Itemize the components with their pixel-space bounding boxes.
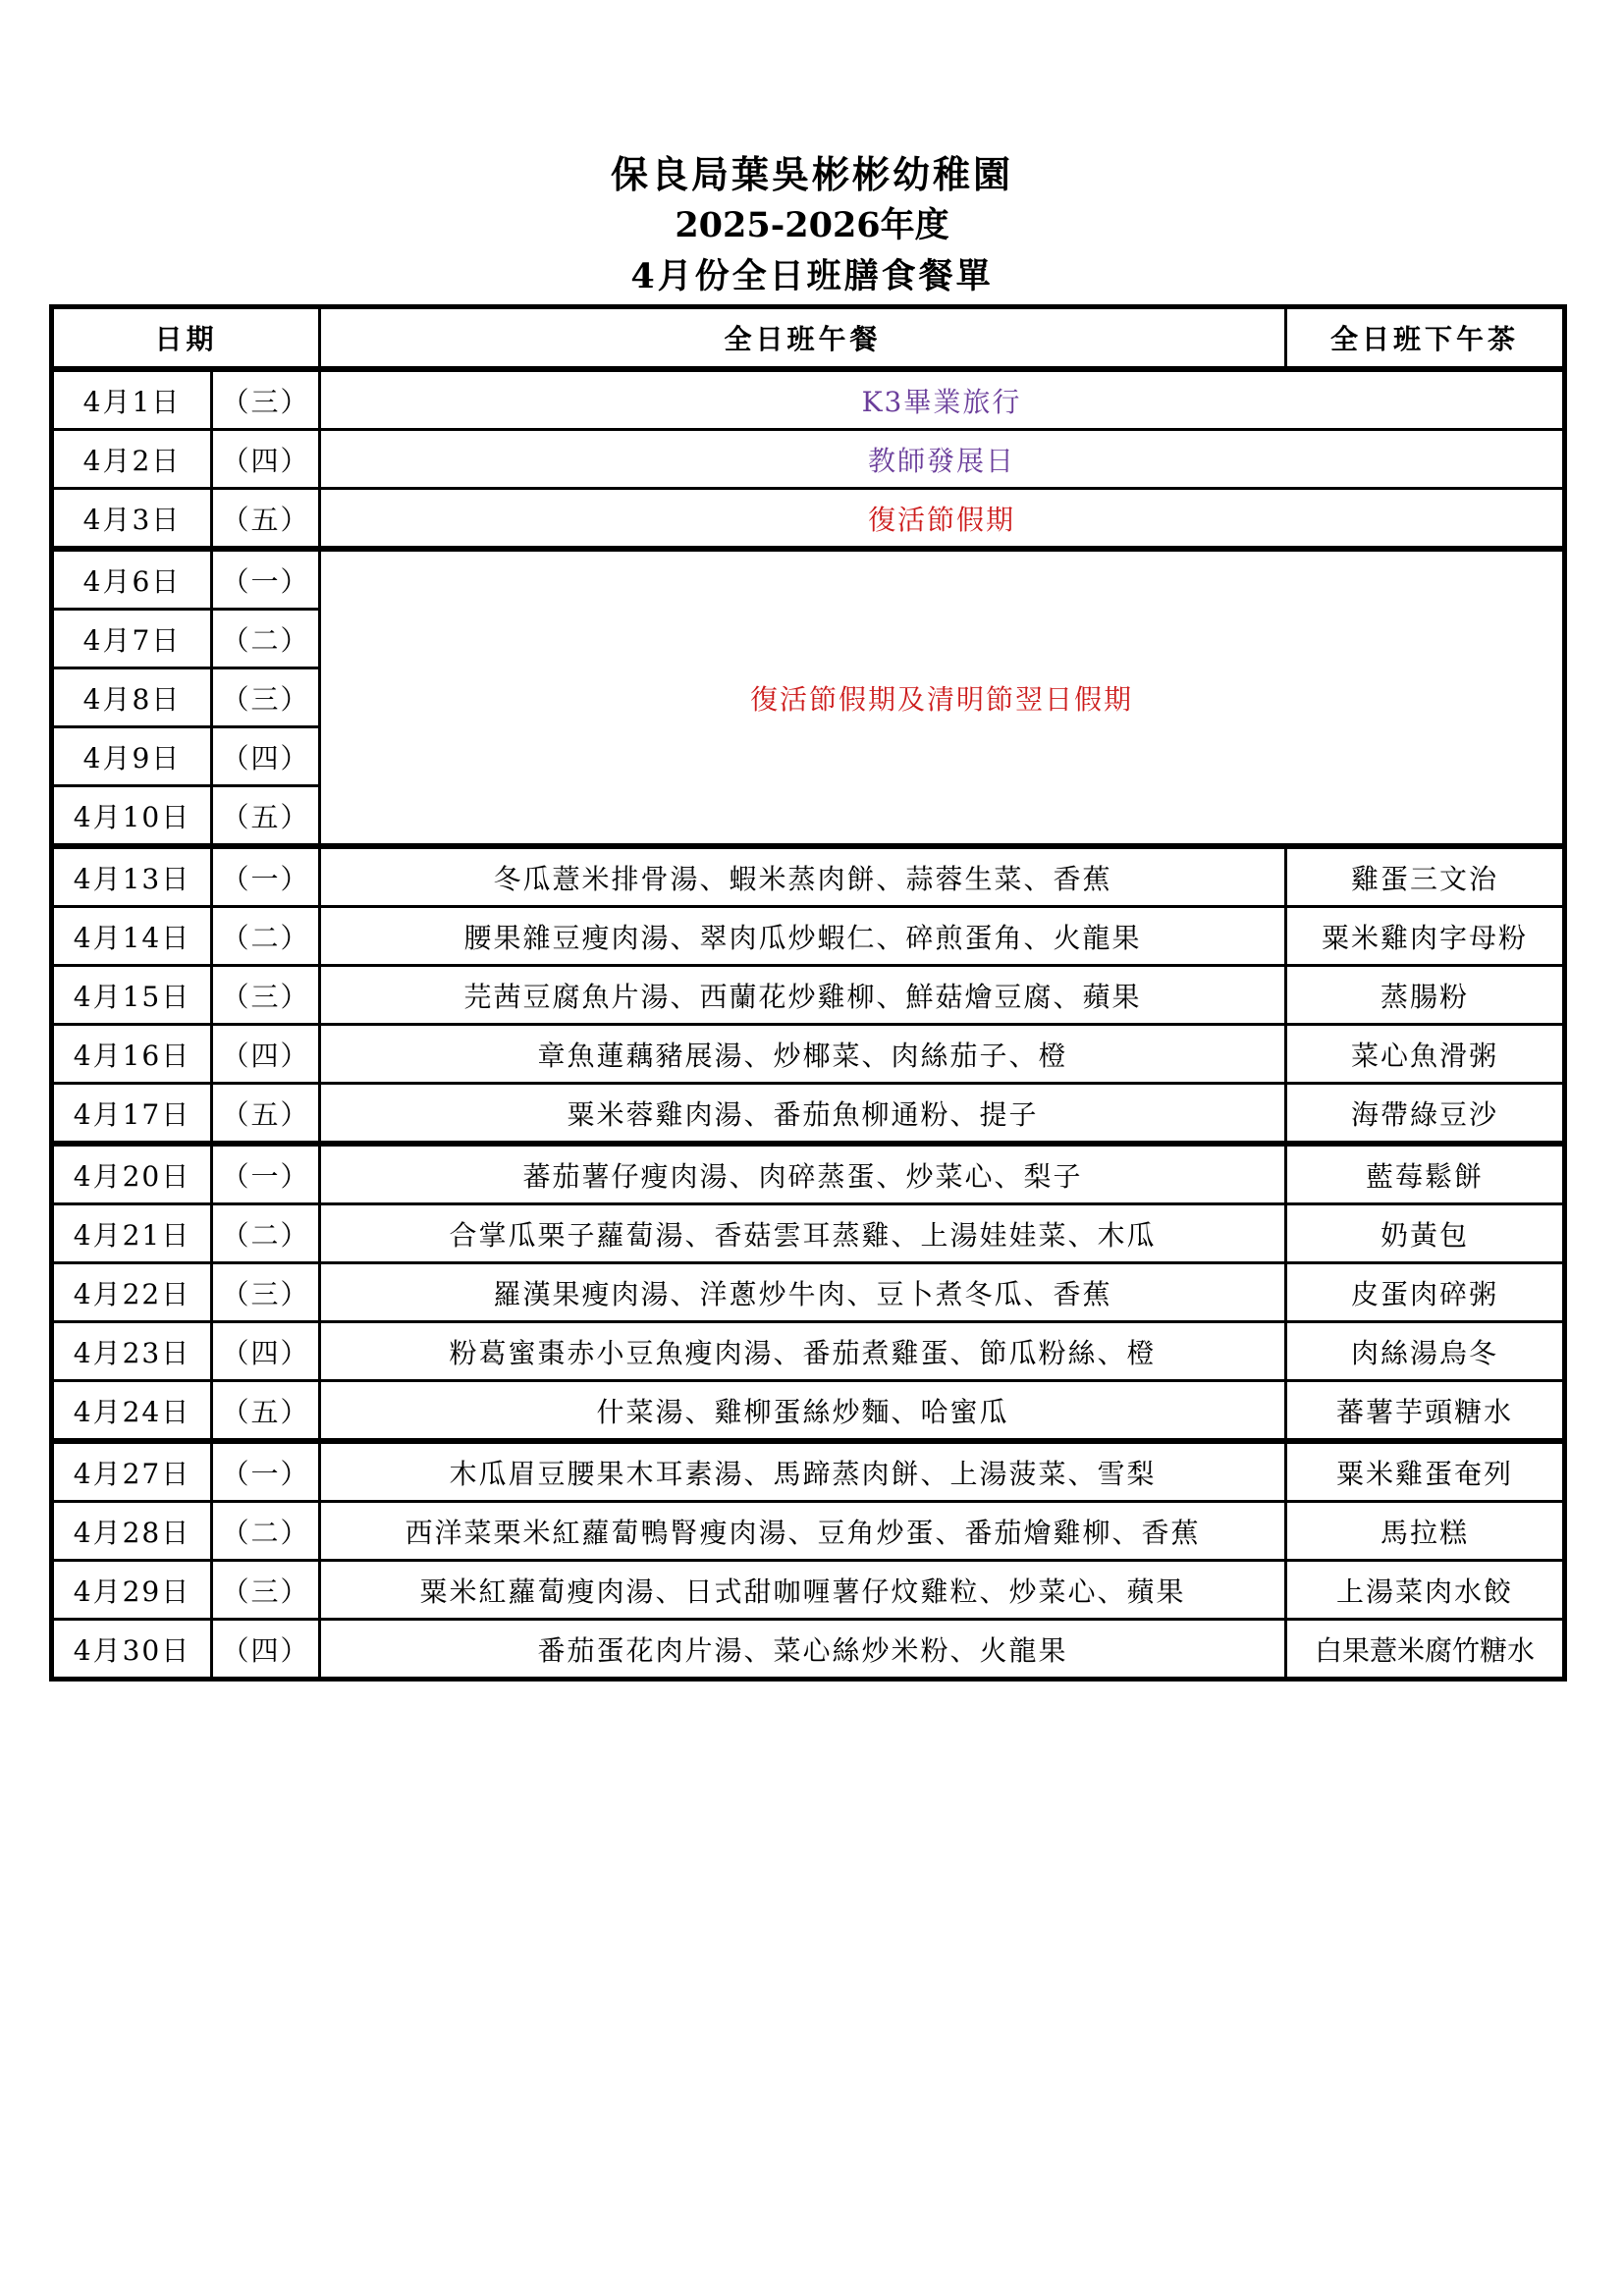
date-cell: 4月30日 [52, 1620, 212, 1680]
date-cell: 4月17日 [52, 1084, 212, 1145]
weekday-cell: （五） [212, 1084, 320, 1145]
event-cell: 教師發展日 [320, 430, 1565, 489]
lunch-cell: 芫茜豆腐魚片湯、西蘭花炒雞柳、鮮菇燴豆腐、蘋果 [320, 966, 1286, 1025]
date-cell: 4月14日 [52, 907, 212, 966]
weekday-cell: （二） [212, 907, 320, 966]
table-row: 4月3日 （五） 復活節假期 [52, 489, 1565, 550]
tea-cell: 蕃薯芋頭糖水 [1286, 1381, 1565, 1442]
lunch-cell: 番茄蛋花肉片湯、菜心絲炒米粉、火龍果 [320, 1620, 1286, 1680]
date-cell: 4月22日 [52, 1263, 212, 1322]
school-name: 保良局葉吳彬彬幼稚園 [0, 149, 1624, 200]
table-row: 4月30日 （四） 番茄蛋花肉片湯、菜心絲炒米粉、火龍果 白果薏米腐竹糖水 [52, 1620, 1565, 1680]
tea-cell: 皮蛋肉碎粥 [1286, 1263, 1565, 1322]
menu-title: 4月份全日班膳食餐單 [0, 251, 1624, 302]
column-header-date: 日期 [52, 307, 320, 370]
weekday-cell: （四） [212, 727, 320, 786]
table-row: 4月16日 （四） 章魚蓮藕豬展湯、炒椰菜、肉絲茄子、橙 菜心魚滑粥 [52, 1025, 1565, 1084]
date-cell: 4月27日 [52, 1441, 212, 1502]
holiday-block-cell: 復活節假期及清明節翌日假期 [320, 549, 1565, 846]
table-row: 4月29日 （三） 粟米紅蘿蔔瘦肉湯、日式甜咖喱薯仔炆雞粒、炒菜心、蘋果 上湯菜… [52, 1561, 1565, 1620]
date-cell: 4月16日 [52, 1025, 212, 1084]
table-row: 4月1日 （三） K3畢業旅行 [52, 369, 1565, 430]
weekday-cell: （一） [212, 549, 320, 610]
meal-menu-table: 日期 全日班午餐 全日班下午茶 4月1日 （三） K3畢業旅行 4月2日 （四）… [49, 304, 1567, 1682]
table-row: 4月21日 （二） 合掌瓜栗子蘿蔔湯、香菇雲耳蒸雞、上湯娃娃菜、木瓜 奶黃包 [52, 1204, 1565, 1263]
weekday-cell: （一） [212, 1144, 320, 1204]
date-cell: 4月1日 [52, 369, 212, 430]
holiday-cell: 復活節假期 [320, 489, 1565, 550]
tea-cell: 蒸腸粉 [1286, 966, 1565, 1025]
lunch-cell: 腰果雜豆瘦肉湯、翠肉瓜炒蝦仁、碎煎蛋角、火龍果 [320, 907, 1286, 966]
table-row: 4月15日 （三） 芫茜豆腐魚片湯、西蘭花炒雞柳、鮮菇燴豆腐、蘋果 蒸腸粉 [52, 966, 1565, 1025]
tea-cell: 白果薏米腐竹糖水 [1286, 1620, 1565, 1680]
table-row: 4月17日 （五） 粟米蓉雞肉湯、番茄魚柳通粉、提子 海帶綠豆沙 [52, 1084, 1565, 1145]
tea-cell: 海帶綠豆沙 [1286, 1084, 1565, 1145]
tea-cell: 奶黃包 [1286, 1204, 1565, 1263]
tea-cell: 粟米雞蛋奄列 [1286, 1441, 1565, 1502]
table-header-row: 日期 全日班午餐 全日班下午茶 [52, 307, 1565, 370]
lunch-cell: 西洋菜栗米紅蘿蔔鴨腎瘦肉湯、豆角炒蛋、番茄燴雞柳、香蕉 [320, 1502, 1286, 1561]
date-cell: 4月3日 [52, 489, 212, 550]
document-header: 保良局葉吳彬彬幼稚園 2025-2026年度 4月份全日班膳食餐單 [0, 149, 1624, 302]
tea-cell: 馬拉糕 [1286, 1502, 1565, 1561]
weekday-cell: （四） [212, 430, 320, 489]
weekday-cell: （四） [212, 1025, 320, 1084]
date-cell: 4月29日 [52, 1561, 212, 1620]
table-row: 4月13日 （一） 冬瓜薏米排骨湯、蝦米蒸肉餅、蒜蓉生菜、香蕉 雞蛋三文治 [52, 846, 1565, 907]
date-cell: 4月24日 [52, 1381, 212, 1442]
date-cell: 4月20日 [52, 1144, 212, 1204]
table-row: 4月27日 （一） 木瓜眉豆腰果木耳素湯、馬蹄蒸肉餅、上湯菠菜、雪梨 粟米雞蛋奄… [52, 1441, 1565, 1502]
weekday-cell: （五） [212, 786, 320, 847]
table-row: 4月20日 （一） 蕃茄薯仔瘦肉湯、肉碎蒸蛋、炒菜心、梨子 藍莓鬆餅 [52, 1144, 1565, 1204]
lunch-cell: 羅漢果瘦肉湯、洋蔥炒牛肉、豆卜煮冬瓜、香蕉 [320, 1263, 1286, 1322]
date-cell: 4月6日 [52, 549, 212, 610]
lunch-cell: 章魚蓮藕豬展湯、炒椰菜、肉絲茄子、橙 [320, 1025, 1286, 1084]
lunch-cell: 什菜湯、雞柳蛋絲炒麵、哈蜜瓜 [320, 1381, 1286, 1442]
column-header-lunch: 全日班午餐 [320, 307, 1286, 370]
lunch-cell: 粟米紅蘿蔔瘦肉湯、日式甜咖喱薯仔炆雞粒、炒菜心、蘋果 [320, 1561, 1286, 1620]
date-cell: 4月10日 [52, 786, 212, 847]
lunch-cell: 冬瓜薏米排骨湯、蝦米蒸肉餅、蒜蓉生菜、香蕉 [320, 846, 1286, 907]
weekday-cell: （五） [212, 489, 320, 550]
date-cell: 4月13日 [52, 846, 212, 907]
weekday-cell: （四） [212, 1620, 320, 1680]
date-cell: 4月7日 [52, 610, 212, 668]
date-cell: 4月8日 [52, 668, 212, 727]
weekday-cell: （三） [212, 1263, 320, 1322]
date-cell: 4月28日 [52, 1502, 212, 1561]
tea-cell: 菜心魚滑粥 [1286, 1025, 1565, 1084]
lunch-cell: 粉葛蜜棗赤小豆魚瘦肉湯、番茄煮雞蛋、節瓜粉絲、橙 [320, 1322, 1286, 1381]
lunch-cell: 粟米蓉雞肉湯、番茄魚柳通粉、提子 [320, 1084, 1286, 1145]
date-cell: 4月23日 [52, 1322, 212, 1381]
weekday-cell: （三） [212, 369, 320, 430]
weekday-cell: （四） [212, 1322, 320, 1381]
table-row: 4月6日 （一） 復活節假期及清明節翌日假期 [52, 549, 1565, 610]
table-row: 4月23日 （四） 粉葛蜜棗赤小豆魚瘦肉湯、番茄煮雞蛋、節瓜粉絲、橙 肉絲湯烏冬 [52, 1322, 1565, 1381]
lunch-cell: 合掌瓜栗子蘿蔔湯、香菇雲耳蒸雞、上湯娃娃菜、木瓜 [320, 1204, 1286, 1263]
date-cell: 4月21日 [52, 1204, 212, 1263]
lunch-cell: 木瓜眉豆腰果木耳素湯、馬蹄蒸肉餅、上湯菠菜、雪梨 [320, 1441, 1286, 1502]
date-cell: 4月15日 [52, 966, 212, 1025]
school-year: 2025-2026年度 [0, 200, 1624, 251]
weekday-cell: （三） [212, 668, 320, 727]
lunch-cell: 蕃茄薯仔瘦肉湯、肉碎蒸蛋、炒菜心、梨子 [320, 1144, 1286, 1204]
table-row: 4月14日 （二） 腰果雜豆瘦肉湯、翠肉瓜炒蝦仁、碎煎蛋角、火龍果 粟米雞肉字母… [52, 907, 1565, 966]
event-cell: K3畢業旅行 [320, 369, 1565, 430]
weekday-cell: （一） [212, 846, 320, 907]
weekday-cell: （五） [212, 1381, 320, 1442]
column-header-tea: 全日班下午茶 [1286, 307, 1565, 370]
table-row: 4月24日 （五） 什菜湯、雞柳蛋絲炒麵、哈蜜瓜 蕃薯芋頭糖水 [52, 1381, 1565, 1442]
weekday-cell: （二） [212, 1502, 320, 1561]
table-row: 4月2日 （四） 教師發展日 [52, 430, 1565, 489]
tea-cell: 雞蛋三文治 [1286, 846, 1565, 907]
weekday-cell: （二） [212, 1204, 320, 1263]
weekday-cell: （二） [212, 610, 320, 668]
tea-cell: 上湯菜肉水餃 [1286, 1561, 1565, 1620]
table-row: 4月28日 （二） 西洋菜栗米紅蘿蔔鴨腎瘦肉湯、豆角炒蛋、番茄燴雞柳、香蕉 馬拉… [52, 1502, 1565, 1561]
tea-cell: 藍莓鬆餅 [1286, 1144, 1565, 1204]
weekday-cell: （一） [212, 1441, 320, 1502]
tea-cell: 肉絲湯烏冬 [1286, 1322, 1565, 1381]
date-cell: 4月9日 [52, 727, 212, 786]
weekday-cell: （三） [212, 966, 320, 1025]
date-cell: 4月2日 [52, 430, 212, 489]
weekday-cell: （三） [212, 1561, 320, 1620]
table-row: 4月22日 （三） 羅漢果瘦肉湯、洋蔥炒牛肉、豆卜煮冬瓜、香蕉 皮蛋肉碎粥 [52, 1263, 1565, 1322]
tea-cell: 粟米雞肉字母粉 [1286, 907, 1565, 966]
